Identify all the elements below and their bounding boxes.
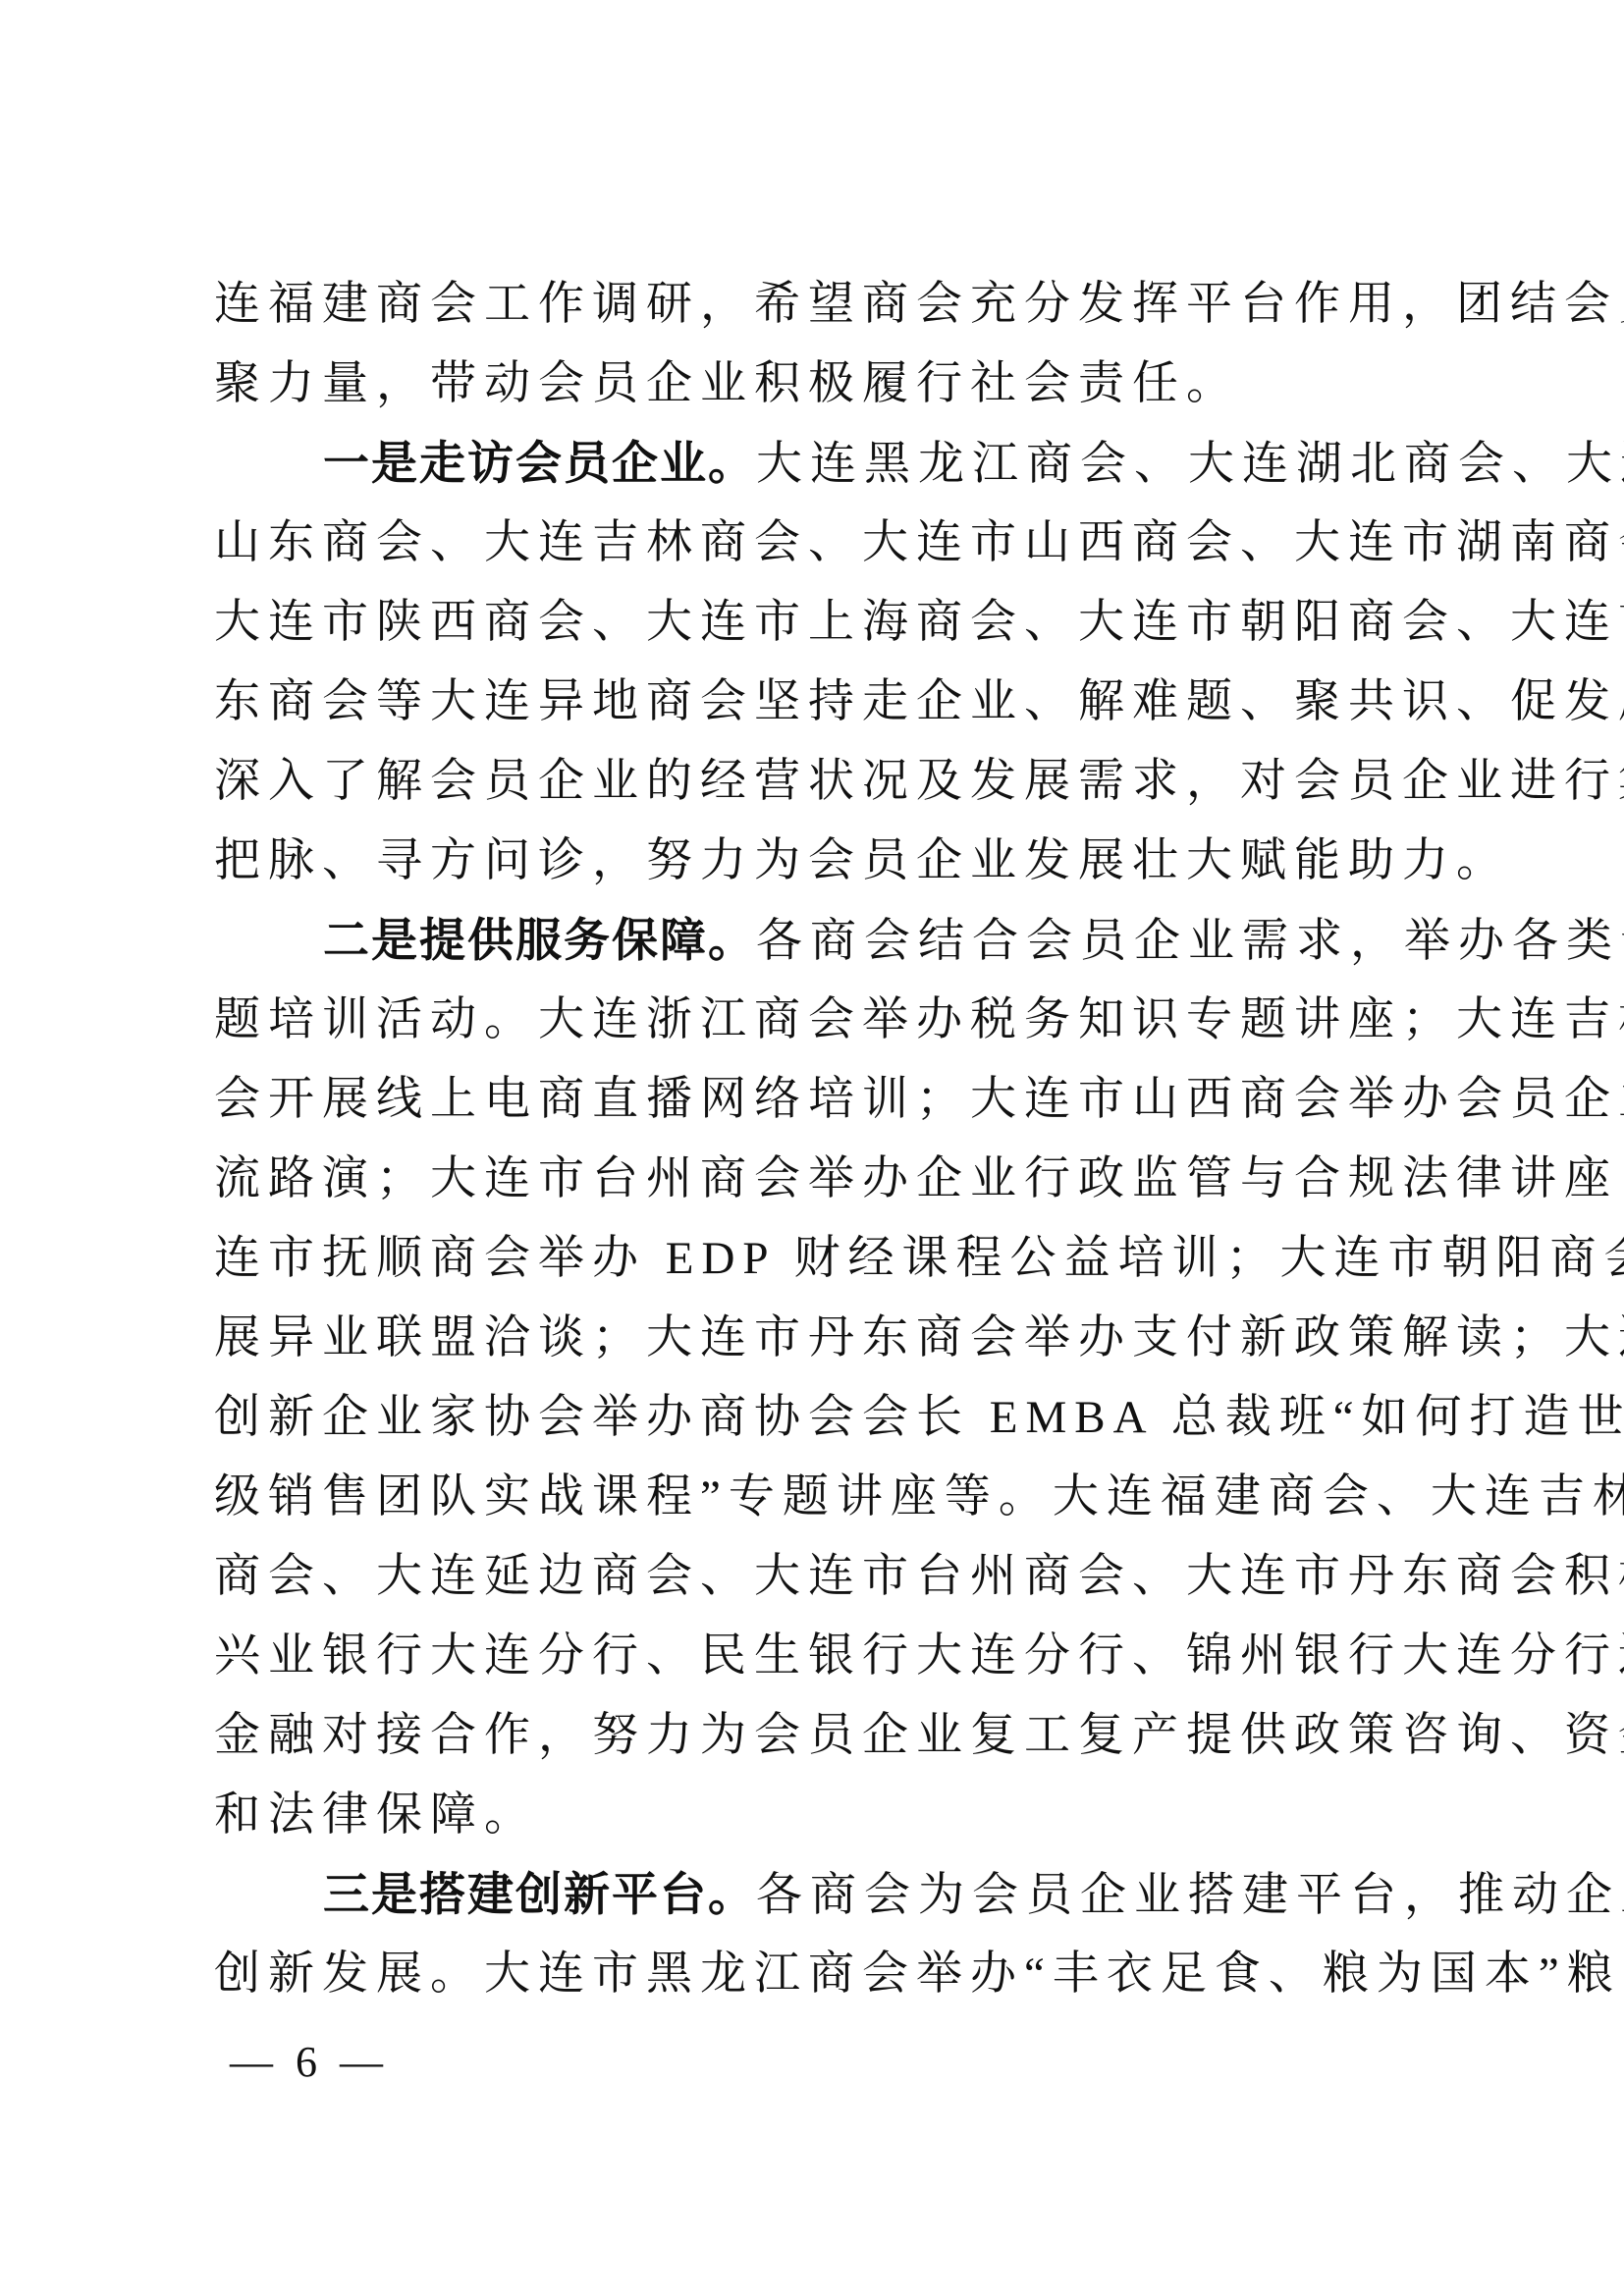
paragraph-build-innovation-platform: 三是搭建创新平台。各商会为会员企业搭建平台，推动企业 创新发展。大连市黑龙江商会… (214, 1855, 1412, 2014)
text-line: 会开展线上电商直播网络培训；大连市山西商会举办会员企业交 (214, 1060, 1412, 1140)
text-line: 题培训活动。大连浙江商会举办税务知识专题讲座；大连吉林商 (214, 981, 1412, 1060)
text-line: 连福建商会工作调研，希望商会充分发挥平台作用，团结会员凝 (214, 265, 1412, 345)
text-line: 商会、大连延边商会、大连市台州商会、大连市丹东商会积极与 (214, 1537, 1412, 1617)
text-line: 连市抚顺商会举办 EDP 财经课程公益培训；大连市朝阳商会开 (214, 1219, 1412, 1299)
text-line: 金融对接合作，努力为会员企业复工复产提供政策咨询、资金支持 (214, 1696, 1412, 1776)
text-line: 一是走访会员企业。大连黑龙江商会、大连湖北商会、大连 (214, 424, 1412, 504)
text-line: 展异业联盟洽谈；大连市丹东商会举办支付新政策解读；大连市 (214, 1299, 1412, 1378)
paragraph-provide-service-guarantee: 二是提供服务保障。各商会结合会员企业需求，举办各类专 题培训活动。大连浙江商会举… (214, 901, 1412, 1855)
text-line: 创新发展。大连市黑龙江商会举办“丰衣足食、粮为国本”粮 (214, 1935, 1412, 2014)
text-line: 东商会等大连异地商会坚持走企业、解难题、聚共识、促发展， (214, 663, 1412, 742)
text-line: 山东商会、大连吉林商会、大连市山西商会、大连市湖南商会、 (214, 504, 1412, 583)
paragraph-heading: 三是搭建创新平台。 (323, 1868, 756, 1922)
text-line: 级销售团队实战课程”专题讲座等。大连福建商会、大连吉林 (214, 1458, 1412, 1537)
text-line: 兴业银行大连分行、民生银行大连分行、锦州银行大连分行进行 (214, 1617, 1412, 1696)
text-line: 创新企业家协会举办商协会会长 EMBA 总裁班“如何打造世界 (214, 1378, 1412, 1458)
text-line: 和法律保障。 (214, 1776, 1412, 1855)
text-line: 三是搭建创新平台。各商会为会员企业搭建平台，推动企业 (214, 1855, 1412, 1935)
text-line: 大连市陕西商会、大连市上海商会、大连市朝阳商会、大连市丹 (214, 583, 1412, 663)
text-line: 深入了解会员企业的经营状况及发展需求，对会员企业进行集体 (214, 742, 1412, 822)
paragraph-heading: 一是走访会员企业。 (323, 437, 756, 491)
text-run: 各商会为会员企业搭建平台，推动企业 (756, 1870, 1624, 1921)
paragraph-visit-member-enterprises: 一是走访会员企业。大连黑龙江商会、大连湖北商会、大连 山东商会、大连吉林商会、大… (214, 424, 1412, 901)
text-line: 把脉、寻方问诊，努力为会员企业发展壮大赋能助力。 (214, 822, 1412, 901)
text-line: 聚力量，带动会员企业积极履行社会责任。 (214, 345, 1412, 424)
paragraph-continuation: 连福建商会工作调研，希望商会充分发挥平台作用，团结会员凝 聚力量，带动会员企业积… (214, 265, 1412, 424)
text-line: 流路演；大连市台州商会举办企业行政监管与合规法律讲座；大 (214, 1140, 1412, 1219)
text-run: 大连黑龙江商会、大连湖北商会、大连 (756, 439, 1624, 490)
document-body: 连福建商会工作调研，希望商会充分发挥平台作用，团结会员凝 聚力量，带动会员企业积… (214, 265, 1412, 2014)
paragraph-heading: 二是提供服务保障。 (323, 914, 756, 968)
text-run: 各商会结合会员企业需求，举办各类专 (756, 916, 1624, 967)
document-page: 连福建商会工作调研，希望商会充分发挥平台作用，团结会员凝 聚力量，带动会员企业积… (0, 0, 1624, 2296)
text-line: 二是提供服务保障。各商会结合会员企业需求，举办各类专 (214, 901, 1412, 981)
page-number: — 6 — (230, 2038, 389, 2087)
